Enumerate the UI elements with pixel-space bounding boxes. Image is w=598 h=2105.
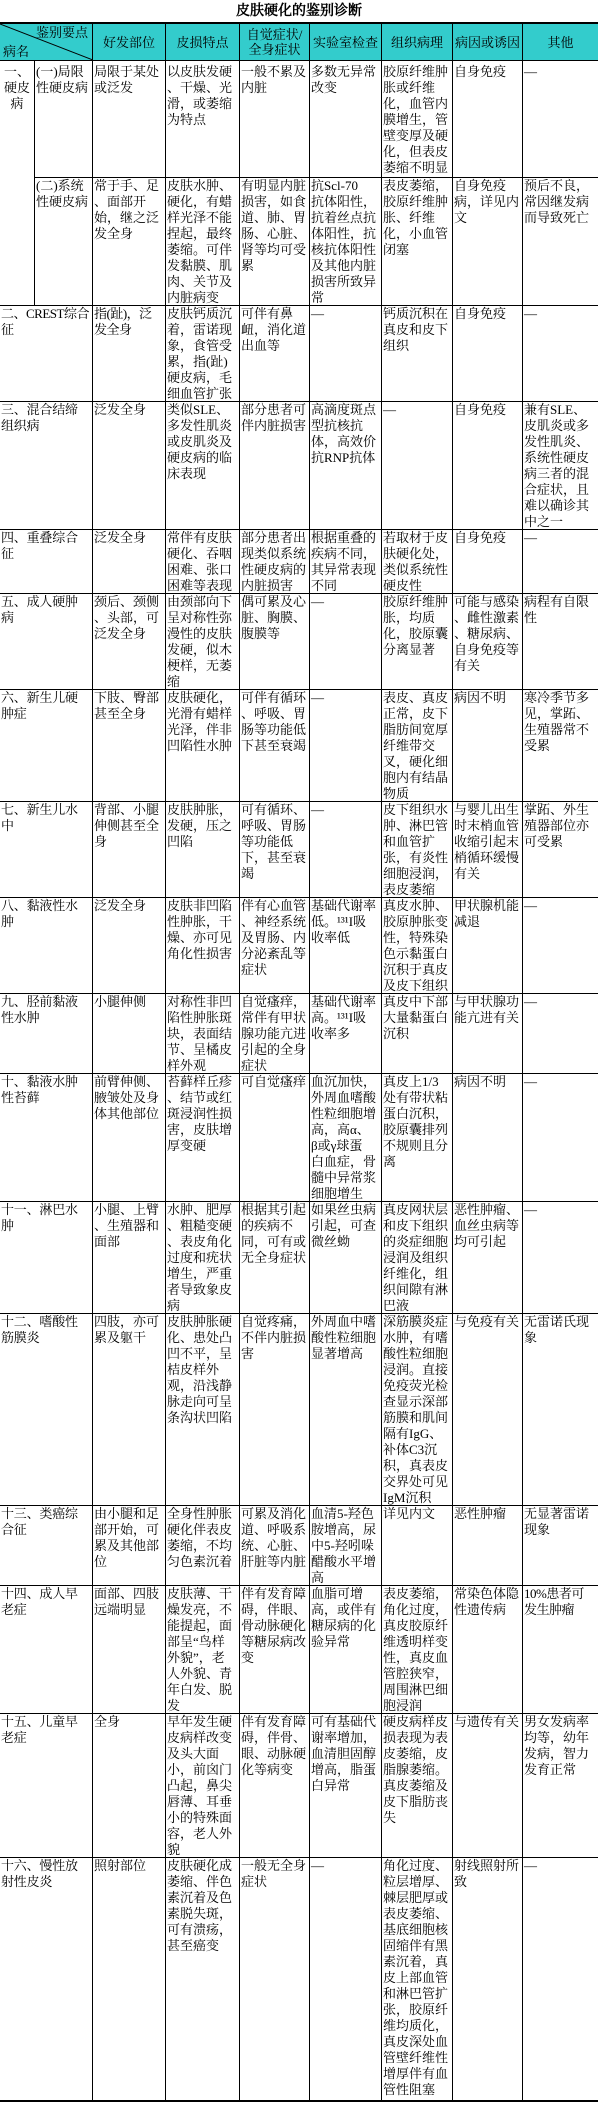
cause-cell: 自身免疫 病，详见内 文: [453, 178, 523, 306]
lab-cell: 如果丝虫病 引起，可查 微丝蚴: [310, 1202, 382, 1314]
pathology-cell: 表皮、真皮 正常，皮下 脂肪间宽厚 纤维带交 叉，硬化细 胞内有结晶 物质: [382, 690, 453, 802]
site-cell: 泛发全身: [93, 530, 166, 594]
other-cell: 寒冷季节多 见，掌跖、 生殖器常不 受累: [523, 690, 598, 802]
lab-cell: 血脂可增 高，或伴有 糖尿病的化 验异常: [310, 1586, 382, 1714]
disease-name-cell: 二、CREST综合 征: [0, 306, 93, 402]
column-header-symptoms: 自觉症状/ 全身症状: [240, 24, 310, 61]
disease-name-cell: 七、新生儿水 中: [0, 802, 93, 898]
lab-cell: 抗Scl-70 抗体阳性， 抗着丝点抗 体阳性，抗 核抗体阳性 及其他内脏 损害…: [310, 178, 382, 306]
lesion-cell: 水肿、肥厚 、粗糙变硬 、表皮角化 过度和疣状 增生，严重 者导致象皮 病: [166, 1202, 240, 1314]
pathology-cell: 真皮上1/3 处有带状粘 蛋白沉积， 胶原囊排列 不规则且分 离: [382, 1074, 453, 1202]
lesion-cell: 对称性非凹 陷性肿胀斑 块，表面结 节、呈橘皮 样外观: [166, 994, 240, 1074]
symptoms-cell: 部分患者出 现类似系统 性硬皮病的 内脏损害: [240, 530, 310, 594]
symptoms-cell: 伴有发育障 碍，伴眼、 骨动脉硬化 等糖尿病改 变: [240, 1586, 310, 1714]
lab-cell: —: [310, 594, 382, 690]
cause-cell: 可能与感染 、雌性激素 、糖尿病、 自身免疫等 有关: [453, 594, 523, 690]
disease-name-cell: 十一、淋巴水 肿: [0, 1202, 93, 1314]
lesion-cell: 皮肤钙质沉 着，雷诺现 象，食管受 累，指(趾) 硬皮病，毛 细血管扩张: [166, 306, 240, 402]
lesion-cell: 皮肤非凹陷 性肿胀，干 燥、亦可见 角化性损害: [166, 898, 240, 994]
disease-name-cell: 四、重叠综合 征: [0, 530, 93, 594]
page-title: 皮肤硬化的鉴别诊断: [0, 0, 598, 22]
cause-cell: 病因不明: [453, 690, 523, 802]
lesion-cell: 全身性肿胀 硬化伴表皮 萎缩，不均 匀色素沉着: [166, 1506, 240, 1586]
pathology-cell: —: [382, 402, 453, 530]
other-cell: 无雷诺氏现 象: [523, 1314, 598, 1506]
other-cell: 预后不良， 常因继发病 而导致死亡: [523, 178, 598, 306]
other-cell: —: [523, 1858, 598, 2100]
symptoms-cell: 伴有心血管 、神经系统 及胃肠、内 分泌紊乱等 症状: [240, 898, 310, 994]
other-cell: —: [523, 898, 598, 994]
symptoms-cell: 自觉疼痛， 不伴内脏损 害: [240, 1314, 310, 1506]
pathology-cell: 深筋膜炎症 水肿，有嗜 酸性粒细胞 浸润。直接 免疫荧光检 查显示深部 筋膜和肌…: [382, 1314, 453, 1506]
cause-cell: 自身免疫: [453, 530, 523, 594]
symptoms-cell: 有明显内脏 损害，如食 道、肺、胃 肠、心脏、 肾等均可受 累: [240, 178, 310, 306]
disease-name-cell: 十二、嗜酸性 筋膜炎: [0, 1314, 93, 1506]
disease-name-cell: 十、黏液水肿 性苔藓: [0, 1074, 93, 1202]
lesion-cell: 以皮肤发硬 、干燥、光 滑，或萎缩 为特点: [166, 61, 240, 178]
lesion-cell: 由颈部向下 呈对称性弥 漫性的皮肤 发硬，似木 梗样，无萎 缩: [166, 594, 240, 690]
lab-cell: 多数无异常 改变: [310, 61, 382, 178]
corner-bottom-label: 病名: [3, 44, 29, 59]
lesion-cell: 皮肤肿胀硬 化、患处凸 凹不平，呈 桔皮样外 观，沿浅静 脉走向可呈 条沟状凹陷: [166, 1314, 240, 1506]
site-cell: 照射部位: [93, 1858, 166, 2100]
disease-name-cell: 十六、慢性放 射性皮炎: [0, 1858, 93, 2100]
pathology-cell: 胶原纤维肿 胀或纤维 化，血管内 膜增生，管 壁变厚及硬 化，但表皮 萎缩不明显: [382, 61, 453, 178]
column-header-pathology: 组织病理: [382, 24, 453, 61]
lesion-cell: 皮肤肿胀， 发硬，压之 凹陷: [166, 802, 240, 898]
lab-cell: 高滴度斑点 型抗核抗 体，高效价 抗RNP抗体: [310, 402, 382, 530]
disease-name-cell: 十三、类癌综 合征: [0, 1506, 93, 1586]
cause-cell: 病因不明: [453, 1074, 523, 1202]
disease-name-cell: 三、混合结缔 组织病: [0, 402, 93, 530]
lesion-cell: 常伴有皮肤 硬化、吞咽 困难、张口 困难等表现: [166, 530, 240, 594]
other-cell: 掌跖、外生 殖器部位亦 可受累: [523, 802, 598, 898]
symptoms-cell: 可自觉瘙痒: [240, 1074, 310, 1202]
pathology-cell: 真皮网状层 和皮下组织 的炎症细胞 浸润及组织 纤维化，组 织间隙有淋 巴液: [382, 1202, 453, 1314]
site-cell: 面部、四肢 远端明显: [93, 1586, 166, 1714]
column-header-site: 好发部位: [93, 24, 166, 61]
disease-name-cell: 九、胫前黏液 性水肿: [0, 994, 93, 1074]
site-cell: 指(趾)，泛 发全身: [93, 306, 166, 402]
site-cell: 常于手、足 、面部开 始，继之泛 发全身: [93, 178, 166, 306]
site-cell: 颈后、颈侧 、头部，可 泛发全身: [93, 594, 166, 690]
cause-cell: 甲状腺机能 减退: [453, 898, 523, 994]
lab-cell: —: [310, 690, 382, 802]
symptoms-cell: 一般不累及 内脏: [240, 61, 310, 178]
site-cell: 泛发全身: [93, 402, 166, 530]
symptoms-cell: 可伴有鼻 衄，消化道 出血等: [240, 306, 310, 402]
site-cell: 下肢、臀部 甚至全身: [93, 690, 166, 802]
pathology-cell: 表皮萎缩， 胶原纤维肿 胀、纤维 化，小血管 闭塞: [382, 178, 453, 306]
cause-cell: 恶性肿瘤、 血丝虫病等 均可引起: [453, 1202, 523, 1314]
disease-name-cell: 五、成人硬肿 病: [0, 594, 93, 690]
cause-cell: 常染色体隐 性遗传病: [453, 1586, 523, 1714]
pathology-cell: 硬皮病样皮 损表现为表 皮萎缩，皮 脂腺萎缩。 真皮萎缩及 皮下脂肪丧 失: [382, 1714, 453, 1858]
lesion-cell: 皮肤硬化成 萎缩、伴色 素沉着及色 素脱失斑， 可有溃疡， 甚至癌变: [166, 1858, 240, 2100]
symptoms-cell: 可有循环、 呼吸、胃肠 等功能低 下，甚至衰 竭: [240, 802, 310, 898]
site-cell: 由小腿和足 部开始，可 累及其他部 位: [93, 1506, 166, 1586]
cause-cell: 与甲状腺功 能亢进有关: [453, 994, 523, 1074]
lab-cell: —: [310, 1858, 382, 2100]
lesion-cell: 皮肤水肿、 硬化，有蜡 样光泽不能 捏起，最终 萎缩。可伴 发黏膜、肌 肉、关节…: [166, 178, 240, 306]
pathology-cell: 皮下组织水 肿、淋巴管 和血管扩 张，有炎性 细胞浸润， 表皮萎缩: [382, 802, 453, 898]
lab-cell: 外周血中嗜 酸性粒细胞 显著增高: [310, 1314, 382, 1506]
disease-name-cell: (二)系统 性硬皮病: [35, 178, 93, 306]
disease-group-cell: 一、 硬皮 病: [0, 61, 35, 306]
disease-name-cell: 十五、儿童早 老症: [0, 1714, 93, 1858]
other-cell: 男女发病率 均等，幼年 发病，智力 发育正常: [523, 1714, 598, 1858]
column-header-lesion: 皮损特点: [166, 24, 240, 61]
site-cell: 小腿、上臂 、生殖器和 面部: [93, 1202, 166, 1314]
disease-name-cell: 十四、成人早 老症: [0, 1586, 93, 1714]
symptoms-cell: 部分患者可 伴内脏损害: [240, 402, 310, 530]
lab-cell: 根据重叠的 疾病不同， 其异常表现 不同: [310, 530, 382, 594]
column-header-lab: 实验室检查: [310, 24, 382, 61]
corner-top-label: 鉴别要点: [36, 25, 88, 40]
lab-cell: 可有基础代 谢率增加， 血清胆固醇 增高，脂蛋 白异常: [310, 1714, 382, 1858]
cause-cell: 与婴儿出生 时末梢血管 收缩引起末 梢循环缓慢 有关: [453, 802, 523, 898]
other-cell: 病程有自限 性: [523, 594, 598, 690]
differential-diagnosis-table: 鉴别要点 病名 好发部位 皮损特点 自觉症状/ 全身症状 实验室检查 组织病理 …: [0, 22, 598, 2102]
symptoms-cell: 一般无全身 症状: [240, 1858, 310, 2100]
cause-cell: 与免疫有关: [453, 1314, 523, 1506]
document-page: 皮肤硬化的鉴别诊断 鉴别要点 病名 好发部位 皮损特点 自觉症状/ 全身症状 实…: [0, 0, 598, 2102]
disease-name-cell: 六、新生儿硬 肿症: [0, 690, 93, 802]
symptoms-cell: 根据其引起 的疾病不 同，可有或 无全身症状: [240, 1202, 310, 1314]
lab-cell: 血清5-羟色 胺增高，尿 中5-羟吲哚 醋酸水平增 高: [310, 1506, 382, 1586]
column-header-cause: 病因或诱因: [453, 24, 523, 61]
site-cell: 前臂伸侧、 腋皱处及身 体其他部位: [93, 1074, 166, 1202]
pathology-cell: 胶原纤维肿 胀，均质 化，胶原囊 分离显著: [382, 594, 453, 690]
cause-cell: 恶性肿瘤: [453, 1506, 523, 1586]
disease-name-cell: (一)局限 性硬皮病: [35, 61, 93, 178]
lesion-cell: 皮肤薄、干 燥发亮，不 能提起，面 部呈“鸟样 外貌”，老 人外貌、青 年白发、…: [166, 1586, 240, 1714]
pathology-cell: 详见内文: [382, 1506, 453, 1586]
other-cell: 无显著雷诺 现象: [523, 1506, 598, 1586]
cause-cell: 自身免疫: [453, 402, 523, 530]
symptoms-cell: 伴有发育障 碍，伴骨、 眼、动脉硬 化等病变: [240, 1714, 310, 1858]
other-cell: —: [523, 306, 598, 402]
pathology-cell: 角化过度、 粒层增厚、 棘层肥厚或 表皮萎缩、 基底细胞核 固缩伴有黑 素沉着，…: [382, 1858, 453, 2100]
site-cell: 小腿伸侧: [93, 994, 166, 1074]
lesion-cell: 早年发生硬 皮病样改变 及头大面 小，前囟门 凸起，鼻尖 唇薄、耳垂 小的特殊面…: [166, 1714, 240, 1858]
lesion-cell: 类似SLE、 多发性肌炎 或皮肌炎及 硬皮病的临 床表现: [166, 402, 240, 530]
symptoms-cell: 可伴有循环 、呼吸、胃 肠等功能低 下甚至衰竭: [240, 690, 310, 802]
pathology-cell: 钙质沉积在 真皮和皮下 组织: [382, 306, 453, 402]
pathology-cell: 若取材于皮 肤硬化处， 类似系统性 硬皮性: [382, 530, 453, 594]
cause-cell: 自身免疫: [453, 306, 523, 402]
lab-cell: —: [310, 306, 382, 402]
other-cell: —: [523, 1202, 598, 1314]
other-cell: 10%患者可 发生肿瘤: [523, 1586, 598, 1714]
lab-cell: 基础代谢率 高。¹³¹I吸 收率多: [310, 994, 382, 1074]
site-cell: 四肢，亦可 累及躯干: [93, 1314, 166, 1506]
lab-cell: 血沉加快， 外周血嗜酸 性粒细胞增 高，高α、 β或γ球蛋 白血症，骨 髓中异常…: [310, 1074, 382, 1202]
column-header-other: 其他: [523, 24, 598, 61]
site-cell: 泛发全身: [93, 898, 166, 994]
pathology-cell: 表皮萎缩， 角化过度， 真皮胶原纤 维透明样变 性，真皮血 管腔狭窄， 周围淋巴…: [382, 1586, 453, 1714]
site-cell: 局限于某处 或泛发: [93, 61, 166, 178]
lab-cell: 基础代谢率 低。¹³¹I吸 收率低: [310, 898, 382, 994]
other-cell: —: [523, 1074, 598, 1202]
other-cell: —: [523, 994, 598, 1074]
lab-cell: —: [310, 802, 382, 898]
site-cell: 背部、小腿 伸侧甚至全 身: [93, 802, 166, 898]
cause-cell: 与遗传有关: [453, 1714, 523, 1858]
other-cell: —: [523, 61, 598, 178]
symptoms-cell: 自觉瘙痒， 常伴有甲状 腺功能亢进 引起的全身 症状: [240, 994, 310, 1074]
other-cell: —: [523, 530, 598, 594]
pathology-cell: 真皮中下部 大量黏蛋白 沉积: [382, 994, 453, 1074]
lesion-cell: 苔藓样丘疹 、结节或红 斑浸润性损 害，皮肤增 厚变硬: [166, 1074, 240, 1202]
lesion-cell: 皮肤硬化， 光滑有蜡样 光泽，伴非 凹陷性水肿: [166, 690, 240, 802]
cause-cell: 自身免疫: [453, 61, 523, 178]
other-cell: 兼有SLE、 皮肌炎或多 发性肌炎、 系统性硬皮 病三者的混 合症状，且 难以确…: [523, 402, 598, 530]
header-corner-cell: 鉴别要点 病名: [0, 24, 93, 61]
site-cell: 全身: [93, 1714, 166, 1858]
cause-cell: 射线照射所 致: [453, 1858, 523, 2100]
symptoms-cell: 偶可累及心 脏、胸膜、 腹膜等: [240, 594, 310, 690]
disease-name-cell: 八、黏液性水 肿: [0, 898, 93, 994]
symptoms-cell: 可累及消化 道、呼吸系 统、心脏、 肝脏等内脏: [240, 1506, 310, 1586]
pathology-cell: 真皮水肿、 胶原肿胀变 性，特殊染 色示黏蛋白 沉积于真皮 及皮下组织: [382, 898, 453, 994]
